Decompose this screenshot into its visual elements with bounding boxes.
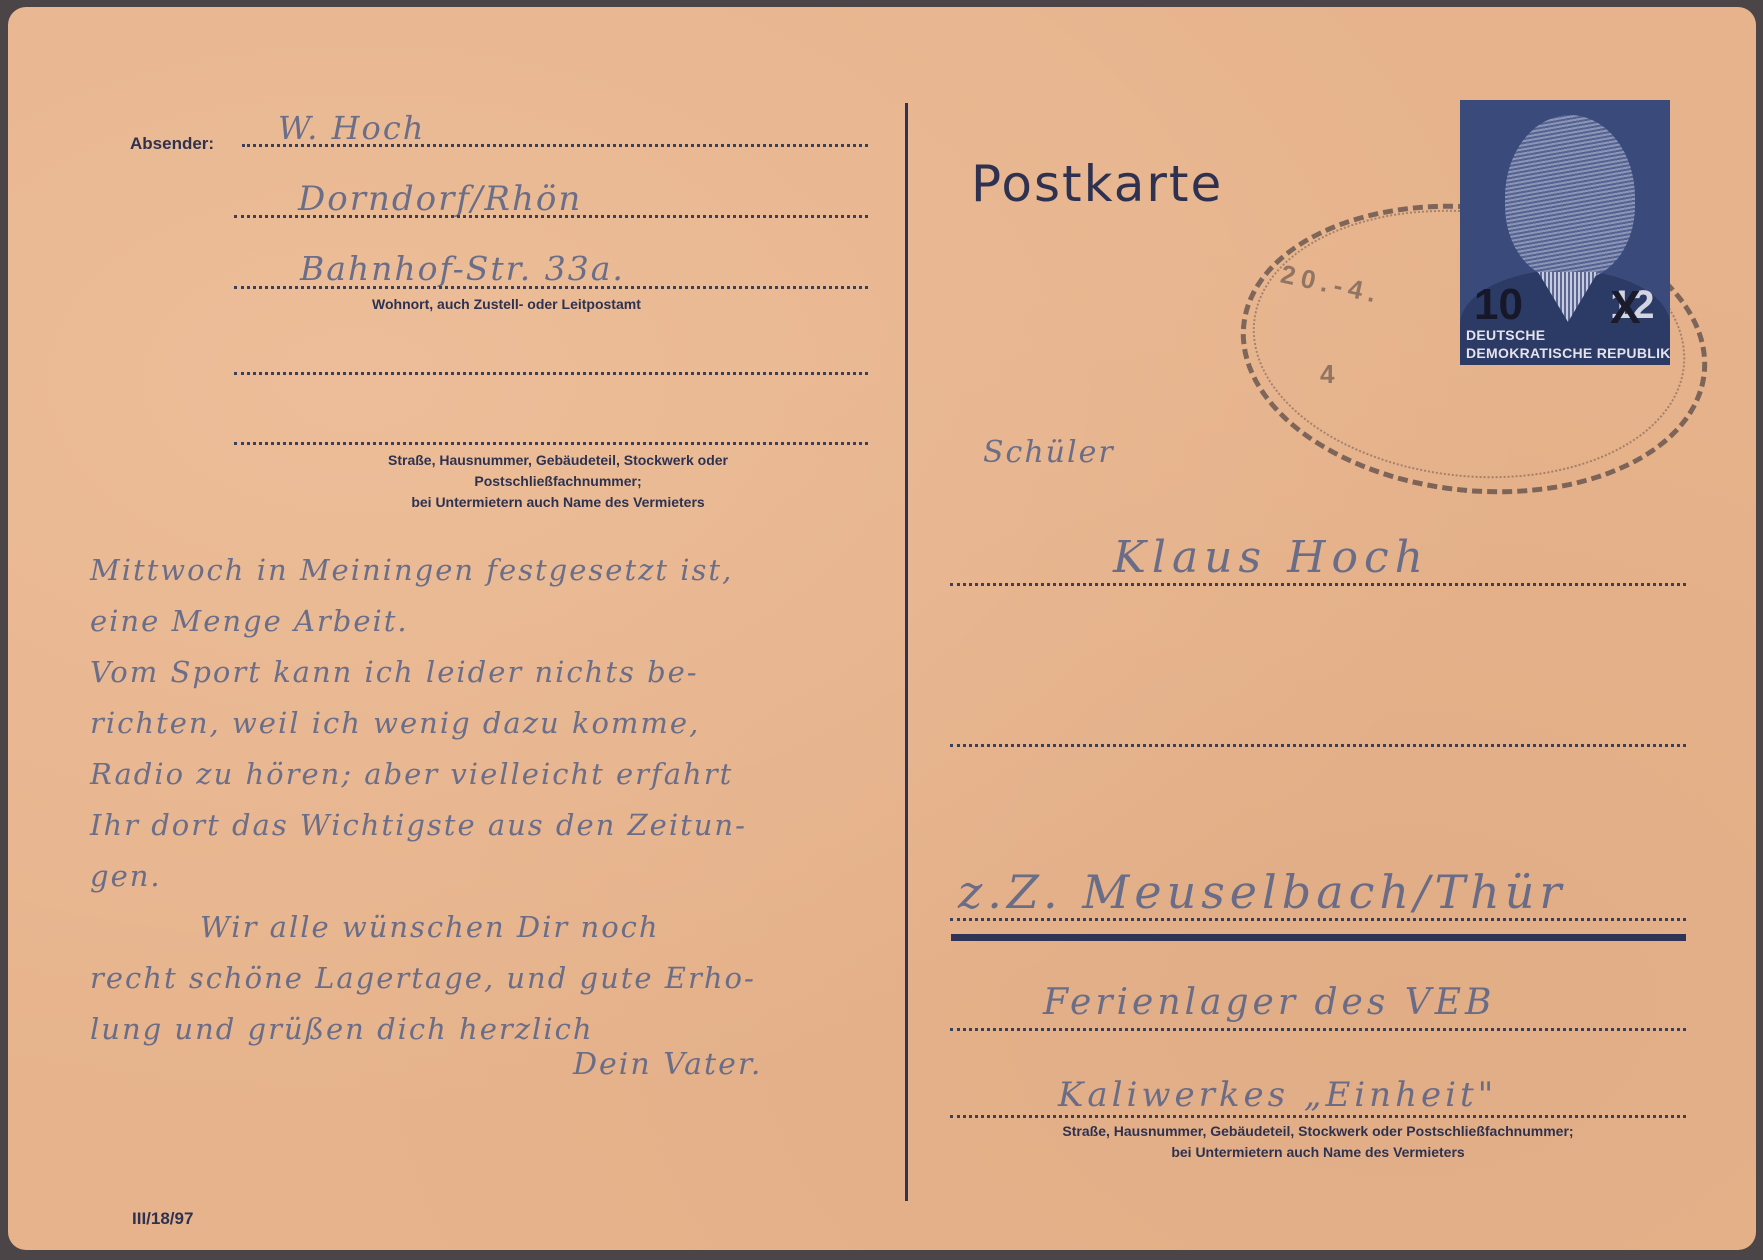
stamp-portrait-icon <box>1505 115 1635 280</box>
sender-caption-line-3: bei Untermietern auch Name des Vermieter… <box>308 492 808 513</box>
message-line: Mittwoch in Meiningen festgesetzt ist, <box>90 545 910 596</box>
message-line: richten, weil ich wenig dazu komme, <box>90 698 910 749</box>
sender-label: Absender: <box>130 134 214 154</box>
message-line: recht schöne Lagertage, und gute Erho- <box>90 953 910 1004</box>
message-line: Vom Sport kann ich leider nichts be- <box>90 647 910 698</box>
postmark-lower-text: 4 <box>1320 359 1340 390</box>
recipient-line-2: Kaliwerkes „Einheit" <box>1058 1075 1497 1115</box>
postcard: Absender: W. Hoch Dorndorf/Rhön Bahnhof-… <box>8 7 1756 1250</box>
sender-street: Bahnhof-Str. 33a. <box>300 249 625 288</box>
message-body: Mittwoch in Meiningen festgesetzt ist, e… <box>90 545 910 1055</box>
recipient-name-line <box>950 583 1686 586</box>
sender-town-caption: Wohnort, auch Zustell- oder Leitpostamt <box>372 296 641 312</box>
message-line: Ihr dort das Wichtigste aus den Zeitun- <box>90 800 910 851</box>
message-line: Wir alle wünschen Dir noch <box>90 902 910 953</box>
sender-town-line <box>234 215 868 218</box>
stamp-country-line-1: DEUTSCHE <box>1466 327 1545 343</box>
sender-town: Dorndorf/Rhön <box>298 179 582 219</box>
sender-caption-line-1: Straße, Hausnummer, Gebäudeteil, Stockwe… <box>308 450 808 471</box>
sender-caption-line-2: Postschließfachnummer; <box>308 471 808 492</box>
recipient-caption-line-2: bei Untermietern auch Name des Vermieter… <box>928 1142 1708 1163</box>
sender-street-caption: Straße, Hausnummer, Gebäudeteil, Stockwe… <box>308 450 808 513</box>
sender-street-line <box>234 286 868 289</box>
recipient-extra-line <box>950 744 1686 747</box>
stamp-surcharge-value: 10 <box>1474 280 1523 330</box>
stamp-country-line-2: DEMOKRATISCHE REPUBLIK <box>1466 345 1670 361</box>
message-line: eine Menge Arbeit. <box>90 596 910 647</box>
sender-name: W. Hoch <box>278 109 425 147</box>
recipient-line-1: Ferienlager des VEB <box>1043 982 1496 1023</box>
form-code: III/18/97 <box>132 1209 193 1229</box>
recipient-title: Schüler <box>983 435 1115 470</box>
sender-extra-line <box>234 372 868 375</box>
message-line: lung und grüßen dich herzlich <box>90 1004 910 1055</box>
message-line: gen. <box>90 851 910 902</box>
postage-stamp: 12 X 10 DEUTSCHE DEMOKRATISCHE REPUBLIK <box>1460 100 1670 365</box>
sender-name-line <box>242 144 868 147</box>
stamp-strike-mark: X <box>1610 280 1641 334</box>
recipient-place-rule <box>951 934 1686 941</box>
recipient-caption-line-1: Straße, Hausnummer, Gebäudeteil, Stockwe… <box>928 1121 1708 1142</box>
recipient-place: z.Z. Meuselbach/Thür <box>958 865 1566 919</box>
recipient-caption: Straße, Hausnummer, Gebäudeteil, Stockwe… <box>928 1121 1708 1163</box>
message-signature: Dein Vater. <box>573 1047 762 1082</box>
sender-address-line <box>234 442 868 445</box>
card-title: Postkarte <box>971 155 1223 213</box>
center-divider <box>905 103 908 1201</box>
recipient-place-line <box>950 918 1686 921</box>
recipient-line-2-dots <box>950 1115 1686 1118</box>
recipient-line-1-dots <box>950 1028 1686 1031</box>
message-line: Radio zu hören; aber vielleicht erfahrt <box>90 749 910 800</box>
recipient-name: Klaus Hoch <box>1113 532 1429 583</box>
